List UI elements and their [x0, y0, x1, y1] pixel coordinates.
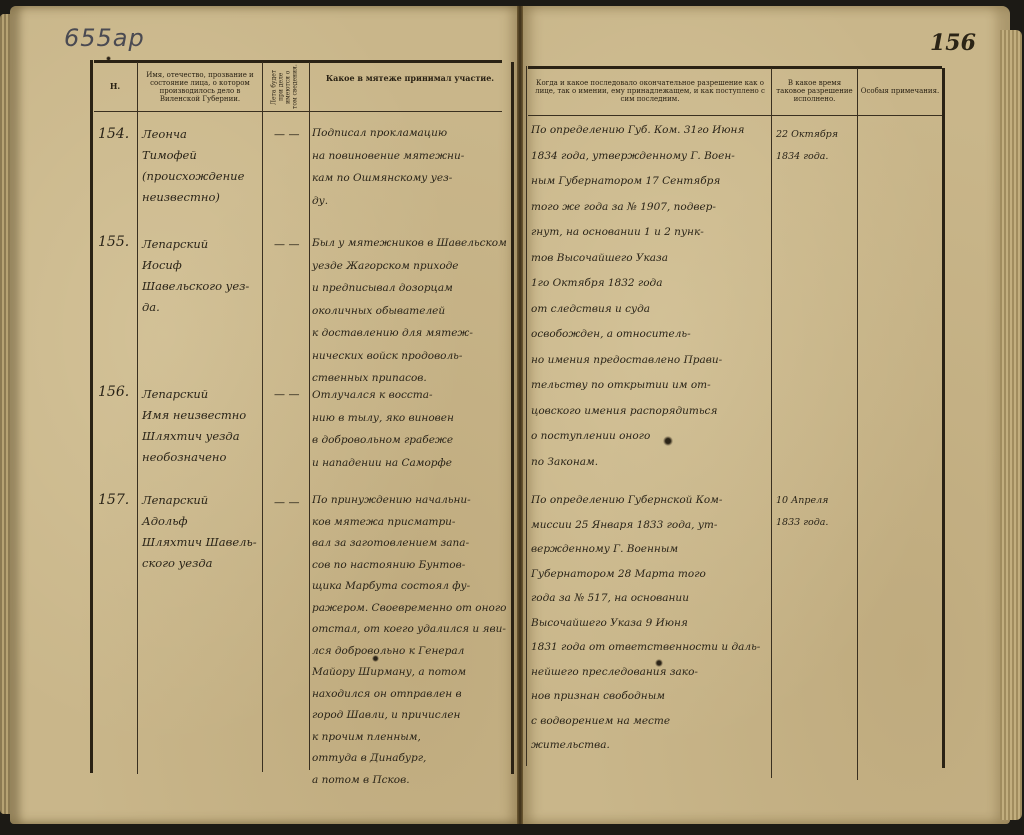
header-bottom-rule-right: [528, 115, 942, 116]
entry-number: 156.: [98, 382, 129, 402]
entry-location: — —: [274, 384, 300, 407]
header-name: Имя, отечество, прозвание и состояние ли…: [140, 64, 260, 110]
book-spine: [517, 6, 523, 824]
entry-participation: Подписал прокламацию на повиновение мяте…: [312, 122, 512, 212]
col-divider-resolution: [771, 68, 772, 778]
entry-name: Лепарский Адольф Шляхтич Шавель- ского у…: [142, 490, 262, 574]
entry-executed: 22 Октября 1834 года.: [776, 124, 858, 168]
header-executed: В какое время таковое разрешение исполне…: [773, 68, 856, 114]
folio-number: 156: [930, 30, 976, 56]
entry-resolution: По определению Губ. Ком. 31го Июня 1834 …: [531, 118, 771, 475]
header-bottom-rule-left: [94, 111, 502, 112]
col-divider-name: [262, 62, 263, 772]
right-outer-border: [942, 68, 945, 768]
ink-spot: [372, 655, 379, 662]
entry-number: 157.: [98, 490, 129, 510]
entry-participation: По принуждению начальни- ков мятежа прис…: [312, 490, 512, 791]
col-divider-location: [309, 62, 310, 770]
right-inner-border: [526, 66, 527, 766]
header-number: Н.: [93, 64, 137, 110]
header-notes: Особыя примечания.: [859, 68, 941, 114]
header-location: Лета будет при деле имеются о том сведен…: [263, 64, 308, 110]
entry-name: Лепарский Имя неизвестно Шляхтич уезда н…: [142, 384, 262, 468]
ink-spot: [655, 659, 663, 667]
entry-location: — —: [274, 234, 300, 257]
entry-name: Леонча Тимофей (происхождение неизвестно…: [142, 124, 262, 208]
page-edges-right: [1000, 30, 1022, 820]
archival-ledger-spread: 655ар 156 Н. Имя, отечество, прозвание и…: [0, 0, 1024, 835]
entry-location: — —: [274, 492, 300, 515]
col-divider-executed: [857, 68, 858, 780]
left-outer-border: [90, 60, 93, 773]
entry-participation: Был у мятежников в Шавельском уезде Жаго…: [312, 232, 512, 390]
ink-spot: [106, 56, 111, 61]
entry-number: 155.: [98, 232, 129, 252]
archive-number: 655ар: [64, 24, 145, 52]
entry-resolution: По определению Губернской Ком- миссии 25…: [531, 488, 771, 758]
entry-executed: 10 Апреля 1833 года.: [776, 490, 858, 534]
header-participation: Какое в мятеже принимал участие.: [312, 64, 508, 94]
entry-number: 154.: [98, 124, 129, 144]
top-rule-left: [94, 60, 502, 63]
entry-name: Лепарский Иосиф Шавельского уез- да.: [142, 234, 262, 318]
entry-participation: Отлучался к восста- нию в тылу, яко вино…: [312, 384, 512, 474]
entry-location: — —: [274, 124, 300, 147]
header-resolution: Когда и какое последовало окончательное …: [530, 68, 770, 114]
ink-spot: [663, 436, 673, 446]
col-divider-number: [137, 62, 138, 774]
